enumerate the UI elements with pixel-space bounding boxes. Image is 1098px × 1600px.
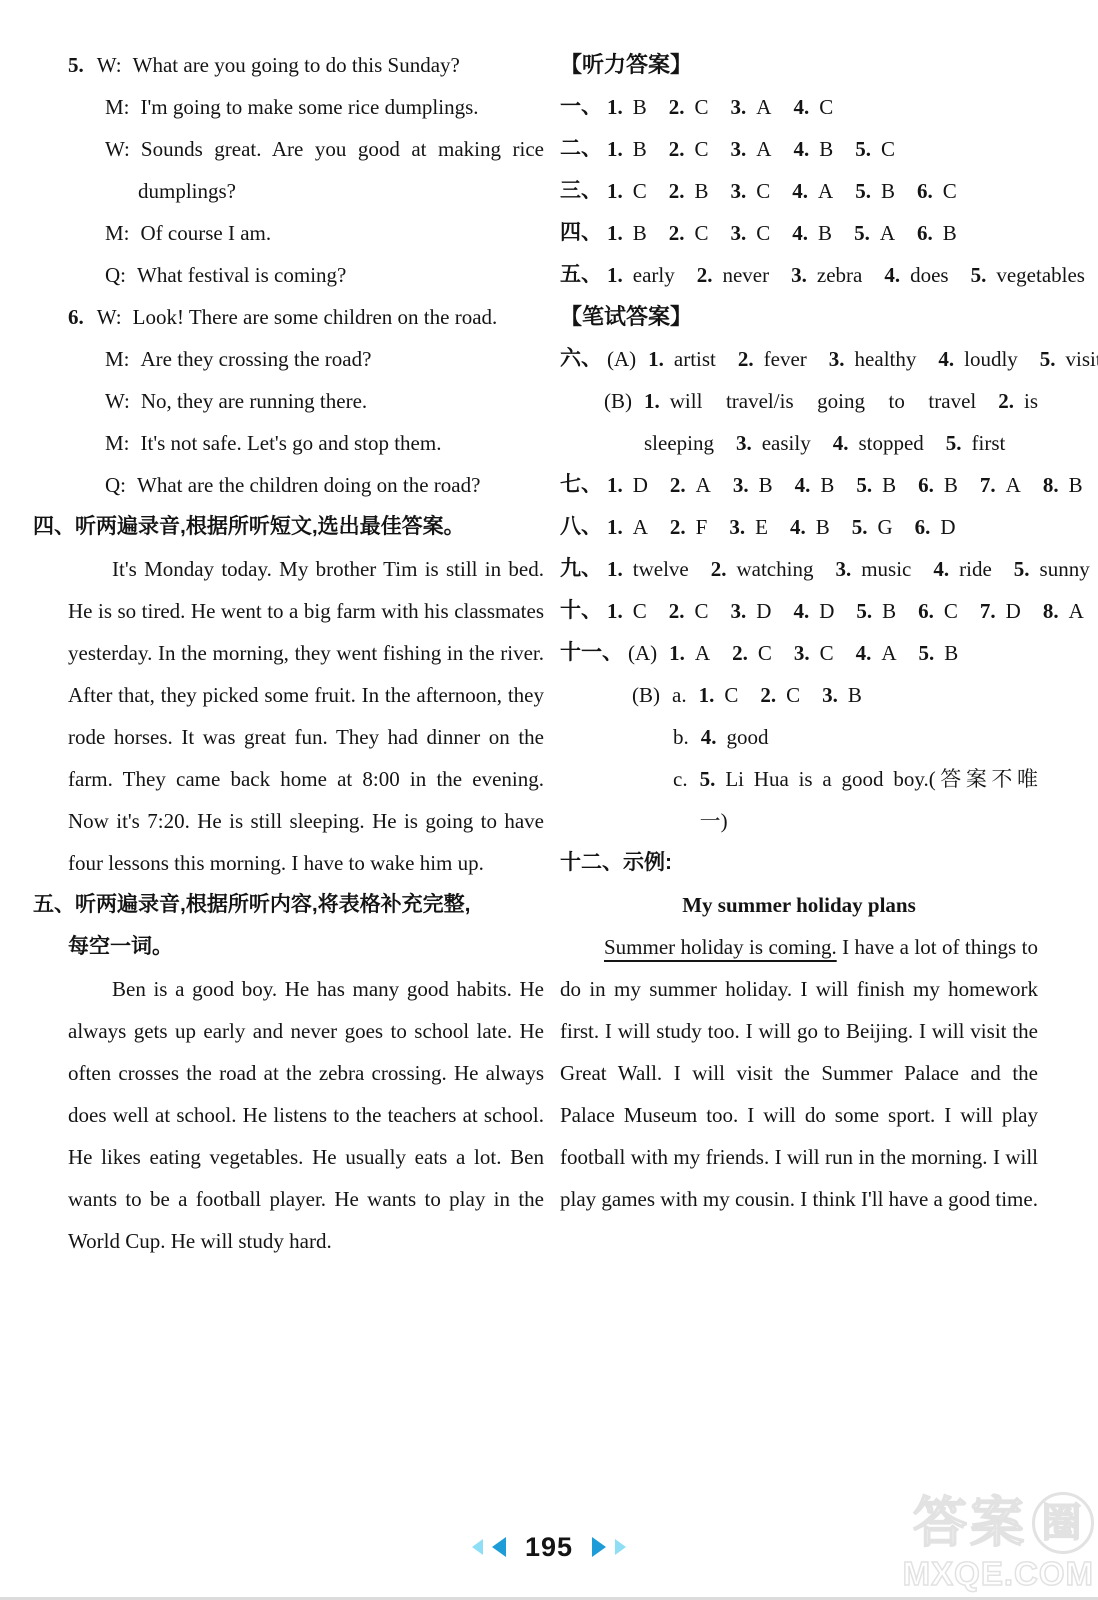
answer-item: 2.never <box>697 263 769 287</box>
watermark-site: MXQE.COM <box>903 1554 1094 1594</box>
answer-item: 4.B <box>795 473 835 497</box>
answer-item: 4.D <box>793 599 834 623</box>
answer-number: 4. <box>833 431 849 455</box>
answer-item: 2.F <box>670 515 707 539</box>
answer-value: B <box>882 599 896 623</box>
answer-item: 4.A <box>856 641 897 665</box>
answer-row-1: 一、 1.B2.C3.A4.C <box>560 86 1038 128</box>
answer-number: 2. <box>669 95 685 119</box>
answer-item: 1.B <box>607 95 647 119</box>
answer-item: 1.C <box>607 179 647 203</box>
answer-item: 1.D <box>607 473 648 497</box>
answer-number: 3. <box>729 515 745 539</box>
row-answers: 1.early2.never3.zebra4.does5.vegetables6… <box>607 254 1038 296</box>
answer-item: 6.C <box>918 599 958 623</box>
answer-item: 3.A <box>731 137 772 161</box>
answer-row-2: 二、 1.B2.C3.A4.B5.C <box>560 128 1038 170</box>
last-page-icon[interactable] <box>615 1539 626 1555</box>
answer-number: 5. <box>855 137 871 161</box>
answer-value: C <box>881 137 895 161</box>
answer-number: 5. <box>946 431 962 455</box>
answer-number: 6. <box>918 473 934 497</box>
answer-number: 4. <box>793 95 809 119</box>
answer-row-9: 九、 1.twelve2.watching3.music4.ride5.sunn… <box>560 548 1038 590</box>
answer-number: 1. <box>607 137 623 161</box>
dialog-text: Sounds great. Are you good at making ric… <box>138 137 544 203</box>
dialog-turn: W:No, they are running there. <box>68 380 544 422</box>
row-ordinal: 四、 <box>560 212 602 254</box>
answer-item: 1.C <box>699 683 739 707</box>
answer-number: 5. <box>852 515 868 539</box>
answer-number: 2. <box>669 599 685 623</box>
answer-item: 5.B <box>856 599 896 623</box>
answer-item: 3.C <box>731 179 771 203</box>
answer-number: 4. <box>856 641 872 665</box>
workbook-answer-page: 5.W:What are you going to do this Sunday… <box>0 0 1098 1600</box>
essay-section-label: 十二、示例: <box>560 842 1038 884</box>
answer-item: 4.B <box>792 221 832 245</box>
answer-value: D <box>633 473 648 497</box>
answer-item: 6.B <box>918 473 958 497</box>
prev-page-icon[interactable] <box>492 1537 506 1557</box>
answer-row-3: 三、 1.C2.B3.C4.A5.B6.C <box>560 170 1038 212</box>
answer-item: 5.first <box>946 431 1006 455</box>
answer-value: B <box>759 473 773 497</box>
answer-value: D <box>1006 599 1021 623</box>
answer-number: 1. <box>607 95 623 119</box>
answer-item: 1.B <box>607 137 647 161</box>
answer-number: 2. <box>669 179 685 203</box>
row-answers: 1.C2.C3.D4.D5.B6.C7.D8.A <box>607 590 1038 632</box>
answer-item: 2.A <box>670 473 711 497</box>
answer-item: 4.loudly <box>938 347 1017 371</box>
answer-item: 5.B <box>856 473 896 497</box>
answer-value: good <box>727 725 769 749</box>
speaker-label: Q: <box>105 473 126 497</box>
answer-value: A <box>633 515 648 539</box>
answer-value: early <box>633 263 675 287</box>
answer-value: artist <box>674 347 716 371</box>
speaker-label: W: <box>97 53 122 77</box>
answer-value: B <box>944 473 958 497</box>
section-5-listening-script: Ben is a good boy. He has many good habi… <box>68 968 544 1262</box>
row-answers: 1.will travel/is going to travel2.is sle… <box>644 380 1038 464</box>
answer-value: A <box>1069 599 1084 623</box>
answer-item: 2.C <box>669 137 709 161</box>
answer-row-11A: 十一、 (A) 1.A2.C3.C4.A5.B <box>560 632 1038 674</box>
dialog-text: Are they crossing the road? <box>141 347 372 371</box>
row-ordinal: 一、 <box>560 86 602 128</box>
answer-item: 5.B <box>919 641 959 665</box>
answer-number: 5. <box>856 599 872 623</box>
answer-row-5: 五、 1.early2.never3.zebra4.does5.vegetabl… <box>560 254 1038 296</box>
answer-item: 3.music <box>835 557 911 581</box>
row-part-label: (B) <box>604 380 632 422</box>
answer-item: 1.B <box>607 221 647 245</box>
answer-value: stopped <box>858 431 923 455</box>
answer-value: twelve <box>633 557 689 581</box>
answer-value: C <box>944 599 958 623</box>
answer-value: B <box>818 221 832 245</box>
answer-number: 6. <box>917 221 933 245</box>
speaker-label: W: <box>97 305 122 329</box>
answer-number: 3. <box>835 557 851 581</box>
answer-item: 5.G <box>852 515 893 539</box>
first-page-icon[interactable] <box>472 1539 483 1555</box>
answer-item: 3.zebra <box>791 263 862 287</box>
answer-item: 8.B <box>1043 473 1083 497</box>
answer-number: 1. <box>699 683 715 707</box>
answer-number: 6. <box>915 515 931 539</box>
answer-value: fever <box>764 347 807 371</box>
page-number: 195 <box>525 1526 573 1568</box>
answer-value: D <box>819 599 834 623</box>
row-ordinal: 十、 <box>560 590 602 632</box>
answer-item: 1.will travel/is going to travel <box>644 389 976 413</box>
answer-number: 2. <box>732 641 748 665</box>
answer-item: 3.C <box>731 221 771 245</box>
answer-value: B <box>848 683 862 707</box>
answer-item: 7.A <box>980 473 1021 497</box>
answer-value: C <box>724 683 738 707</box>
answer-value: B <box>881 179 895 203</box>
answer-number: 3. <box>794 641 810 665</box>
answer-number: 4. <box>793 599 809 623</box>
answer-value: healthy <box>855 347 917 371</box>
answer-value: A <box>756 137 771 161</box>
answer-value: C <box>819 95 833 119</box>
answer-item: 4.A <box>792 179 833 203</box>
answer-value: C <box>758 641 772 665</box>
answer-row-6A: 六、 (A) 1.artist2.fever3.healthy4.loudly5… <box>560 338 1038 380</box>
row-answers: 1.A2.C3.C4.A5.B <box>669 632 1038 674</box>
answer-item: 4.B <box>790 515 830 539</box>
answer-item: 5.vegetables <box>971 263 1085 287</box>
answer-number: 1. <box>607 557 623 581</box>
answer-item: 5.Li Hua is a good boy.(答案不唯一) <box>700 767 1038 833</box>
section-4-listening-script: It's Monday today. My brother Tim is sti… <box>68 548 544 884</box>
answer-number: 4. <box>792 221 808 245</box>
section-5-heading-cont: 每空一词。 <box>68 926 544 968</box>
answer-value: never <box>722 263 769 287</box>
watermark: 答案圈 MXQE.COM <box>903 1492 1094 1594</box>
answer-number: 7. <box>980 599 996 623</box>
answer-number: 1. <box>669 641 685 665</box>
speaker-label: M: <box>105 95 130 119</box>
speaker-label: M: <box>105 431 130 455</box>
answer-number: 1. <box>607 221 623 245</box>
answer-item: 2.C <box>760 683 800 707</box>
answer-number: 5. <box>971 263 987 287</box>
answer-number: 4. <box>795 473 811 497</box>
answer-number: 4. <box>933 557 949 581</box>
answer-number: 3. <box>731 95 747 119</box>
answer-row-11B-c: c. 5.Li Hua is a good boy.(答案不唯一) <box>560 758 1038 842</box>
answer-number: 4. <box>792 179 808 203</box>
answer-value: B <box>882 473 896 497</box>
answer-item: 4.B <box>793 137 833 161</box>
answer-item: 8.A <box>1043 599 1084 623</box>
answer-item: 1.twelve <box>607 557 689 581</box>
answer-number: 2. <box>998 389 1014 413</box>
answer-item: 1.C <box>607 599 647 623</box>
speaker-label: Q: <box>105 263 126 287</box>
answer-item: 5.A <box>854 221 895 245</box>
answer-value: ride <box>959 557 992 581</box>
answer-item: 5.B <box>855 179 895 203</box>
answer-value: B <box>943 221 957 245</box>
answer-value: B <box>819 137 833 161</box>
answer-value: C <box>695 221 709 245</box>
answer-number: 2. <box>697 263 713 287</box>
answer-item: 7.D <box>980 599 1021 623</box>
row-answers: 1.twelve2.watching3.music4.ride5.sunny6.… <box>607 548 1038 590</box>
row-ordinal: 七、 <box>560 464 602 506</box>
answer-item: 3.easily <box>736 431 811 455</box>
answer-number: 4. <box>793 137 809 161</box>
dialog-text: No, they are running there. <box>141 389 367 413</box>
answer-item: 4.good <box>701 725 769 749</box>
answer-item: 3.B <box>822 683 862 707</box>
answer-item: 6.C <box>917 179 957 203</box>
question-number: 6. <box>68 305 84 329</box>
row-ordinal: 八、 <box>560 506 602 548</box>
answer-number: 8. <box>1043 599 1059 623</box>
answer-number: 7. <box>980 473 996 497</box>
answer-value: loudly <box>964 347 1018 371</box>
answer-value: C <box>756 179 770 203</box>
answer-number: 1. <box>644 389 660 413</box>
answer-value: Li Hua is a good boy.(答案不唯一) <box>700 767 1038 833</box>
answer-value: music <box>861 557 911 581</box>
dialog-text: What are the children doing on the road? <box>137 473 480 497</box>
dialog-text: I'm going to make some rice dumplings. <box>141 95 479 119</box>
row-answers: 1.B2.C3.A4.C <box>607 86 1038 128</box>
answer-value: D <box>940 515 955 539</box>
row-ordinal: 二、 <box>560 128 602 170</box>
watermark-circle-icon: 圈 <box>1032 1492 1094 1554</box>
answer-value: D <box>756 599 771 623</box>
answer-item: 2.C <box>669 95 709 119</box>
answer-value: sunny <box>1040 557 1090 581</box>
answer-number: 2. <box>711 557 727 581</box>
answer-number: 1. <box>607 599 623 623</box>
answer-number: 5. <box>919 641 935 665</box>
answer-number: 5. <box>700 767 716 791</box>
answer-number: 5. <box>854 221 870 245</box>
speaker-label: W: <box>105 137 130 161</box>
answer-row-6B: (B) 1.will travel/is going to travel2.is… <box>560 380 1038 464</box>
question-number: 5. <box>68 53 84 77</box>
answer-number: 2. <box>670 473 686 497</box>
answer-item: 1.artist <box>648 347 716 371</box>
row-answers: 1.C2.B3.C4.A5.B6.C <box>607 170 1038 212</box>
answer-value: A <box>1006 473 1021 497</box>
essay-title: My summer holiday plans <box>560 884 1038 926</box>
section-5-heading: 五、听两遍录音,根据所听内容,将表格补充完整, <box>33 884 544 926</box>
answer-number: 5. <box>1014 557 1030 581</box>
answer-row-10: 十、 1.C2.C3.D4.D5.B6.C7.D8.A <box>560 590 1038 632</box>
answer-row-7: 七、 1.D2.A3.B4.B5.B6.B7.A8.B9.D10.C <box>560 464 1038 506</box>
answer-value: C <box>943 179 957 203</box>
speaker-label: W: <box>105 389 130 413</box>
answer-item: 5.visitors <box>1040 347 1098 371</box>
answer-value: G <box>877 515 892 539</box>
answer-number: 3. <box>736 431 752 455</box>
dialog-text: It's not safe. Let's go and stop them. <box>141 431 442 455</box>
answer-item: 3.C <box>794 641 834 665</box>
answer-number: 3. <box>829 347 845 371</box>
answer-value: easily <box>762 431 811 455</box>
answer-item: 3.E <box>729 515 768 539</box>
answer-value: C <box>695 137 709 161</box>
answer-value: A <box>696 473 711 497</box>
row-part-label: (A) <box>607 338 636 380</box>
answer-value: F <box>696 515 708 539</box>
row-subpart-label: c. <box>673 758 688 800</box>
answer-item: 4.C <box>793 95 833 119</box>
dialog-turn: Q:What festival is coming? <box>68 254 544 296</box>
answer-value: A <box>756 95 771 119</box>
speaker-label: M: <box>105 347 130 371</box>
row-part-label: (A) <box>628 632 657 674</box>
dialog-text: Look! There are some children on the roa… <box>133 305 498 329</box>
answer-value: visitors <box>1066 347 1098 371</box>
answer-row-8: 八、 1.A2.F3.E4.B5.G6.D <box>560 506 1038 548</box>
listening-answers-header: 【听力答案】 <box>560 44 1038 86</box>
answer-value: B <box>695 179 709 203</box>
row-ordinal: 六、 <box>560 338 602 380</box>
answer-row-11B-a: (B) a. 1.C2.C3.B <box>560 674 1038 716</box>
dialog-turn: 5.W:What are you going to do this Sunday… <box>68 44 544 86</box>
answer-value: B <box>1069 473 1083 497</box>
answer-value: A <box>880 221 895 245</box>
answer-item: 3.A <box>731 95 772 119</box>
answer-item: 3.healthy <box>829 347 917 371</box>
dialog-turn: M:Are they crossing the road? <box>68 338 544 380</box>
answer-number: 6. <box>917 179 933 203</box>
answer-number: 3. <box>733 473 749 497</box>
answer-number: 1. <box>607 515 623 539</box>
answer-item: 2.C <box>732 641 772 665</box>
answer-number: 4. <box>884 263 900 287</box>
answer-number: 3. <box>791 263 807 287</box>
answer-item: 2.fever <box>738 347 807 371</box>
answer-value: C <box>695 95 709 119</box>
answer-row-4: 四、 1.B2.C3.C4.B5.A6.B <box>560 212 1038 254</box>
answer-item: 6.D <box>915 515 956 539</box>
dialog-turn: M:Of course I am. <box>68 212 544 254</box>
answer-number: 3. <box>731 221 747 245</box>
right-column: 【听力答案】 一、 1.B2.C3.A4.C 二、 1.B2.C3.A4.B5.… <box>560 44 1038 1220</box>
row-answers: 1.artist2.fever3.healthy4.loudly5.visito… <box>648 338 1038 380</box>
answer-value: zebra <box>817 263 862 287</box>
answer-value: first <box>972 431 1006 455</box>
row-answers: 1.B2.C3.A4.B5.C <box>607 128 1038 170</box>
answer-number: 1. <box>607 263 623 287</box>
answer-number: 1. <box>648 347 664 371</box>
answer-number: 6. <box>918 599 934 623</box>
answer-value: B <box>820 473 834 497</box>
answer-value: E <box>755 515 768 539</box>
answer-value: A <box>695 641 710 665</box>
essay-body: Summer holiday is coming. I have a lot o… <box>560 926 1038 1220</box>
answer-number: 2. <box>669 137 685 161</box>
row-ordinal: 九、 <box>560 548 602 590</box>
answer-value: C <box>695 599 709 623</box>
answer-number: 2. <box>669 221 685 245</box>
answer-number: 2. <box>670 515 686 539</box>
answer-number: 1. <box>607 179 623 203</box>
speaker-label: M: <box>105 221 130 245</box>
answer-item: 6.B <box>917 221 957 245</box>
left-column: 5.W:What are you going to do this Sunday… <box>68 44 544 1262</box>
watermark-text: 答案 <box>913 1492 1027 1554</box>
answer-item: 5.C <box>855 137 895 161</box>
dialog-turn: W:Sounds great. Are you good at making r… <box>68 128 544 212</box>
row-answers: 1.D2.A3.B4.B5.B6.B7.A8.B9.D10.C <box>607 464 1038 506</box>
answer-value: watching <box>736 557 813 581</box>
dialog-turn: M:It's not safe. Let's go and stop them. <box>68 422 544 464</box>
dialog-text: Of course I am. <box>141 221 272 245</box>
answer-item: 3.B <box>733 473 773 497</box>
answer-value: vegetables <box>996 263 1085 287</box>
dialog-text: What festival is coming? <box>137 263 346 287</box>
written-answers-header: 【笔试答案】 <box>560 296 1038 338</box>
row-answers: 4.good <box>701 716 1038 758</box>
answer-value: B <box>944 641 958 665</box>
answer-value: will travel/is going to travel <box>670 389 976 413</box>
dialog-turn: Q:What are the children doing on the roa… <box>68 464 544 506</box>
answer-value: B <box>633 95 647 119</box>
row-subpart-label: b. <box>673 716 689 758</box>
answer-value: A <box>881 641 896 665</box>
answer-value: does <box>910 263 949 287</box>
answer-item: 2.C <box>669 221 709 245</box>
row-answers: 1.C2.C3.B <box>699 674 1038 716</box>
answer-item: 1.A <box>669 641 710 665</box>
answer-value: B <box>633 221 647 245</box>
answer-number: 3. <box>731 599 747 623</box>
dialog-turn: 6.W:Look! There are some children on the… <box>68 296 544 338</box>
answer-item: 1.A <box>607 515 648 539</box>
row-ordinal: 十一、 <box>560 632 623 674</box>
answer-number: 8. <box>1043 473 1059 497</box>
answer-number: 4. <box>790 515 806 539</box>
answer-number: 5. <box>856 473 872 497</box>
row-ordinal: 五、 <box>560 254 602 296</box>
answer-value: C <box>633 179 647 203</box>
row-ordinal: 三、 <box>560 170 602 212</box>
answer-value: C <box>820 641 834 665</box>
answer-value: A <box>818 179 833 203</box>
row-subpart-label: a. <box>672 674 687 716</box>
answer-item: 5.sunny <box>1014 557 1090 581</box>
essay-sentence: Summer holiday is coming. <box>604 935 837 959</box>
next-page-icon[interactable] <box>592 1537 606 1557</box>
answer-number: 3. <box>822 683 838 707</box>
answer-number: 4. <box>938 347 954 371</box>
row-answers: 1.B2.C3.C4.B5.A6.B <box>607 212 1038 254</box>
dialog-text: What are you going to do this Sunday? <box>133 53 460 77</box>
answer-item: 4.stopped <box>833 431 924 455</box>
answer-number: 2. <box>738 347 754 371</box>
answer-row-11B-b: b. 4.good <box>560 716 1038 758</box>
answer-number: 2. <box>760 683 776 707</box>
answer-value: B <box>633 137 647 161</box>
answer-number: 5. <box>855 179 871 203</box>
answer-value: B <box>816 515 830 539</box>
